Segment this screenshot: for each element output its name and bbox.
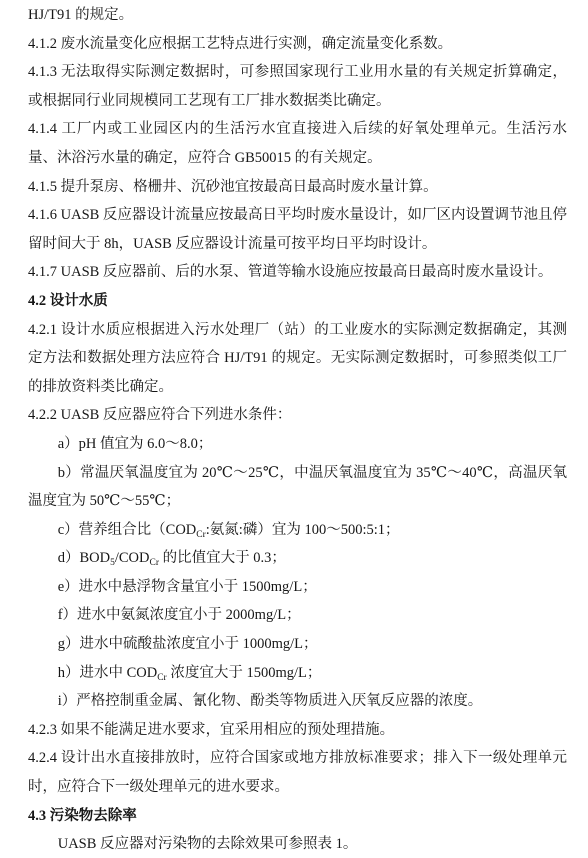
text-run: c）营养组合比（COD bbox=[58, 522, 197, 538]
text-run: i）严格控制重金属、氰化物、酚类等物质进入厌氧反应器的浓度。 bbox=[58, 693, 483, 709]
text-run: 4.1.6 UASB 反应器设计流量应按最高日平均时废水量设计，如厂区内设置调节… bbox=[28, 207, 567, 252]
subscript-text-run: Cr bbox=[157, 673, 167, 683]
clause-4-1-4: 4.1.4 工厂内或工业园区内的生活污水宜直接进入后续的好氧处理单元。生活污水量… bbox=[28, 115, 567, 172]
text-run: UASB 反应器对污染物的去除效果可参照表 1。 bbox=[58, 836, 358, 852]
paragraph-hjt91-continuation: HJ/T91 的规定。 bbox=[28, 1, 567, 30]
clause-4-2-3: 4.2.3 如果不能满足进水要求，宜采用相应的预处理措施。 bbox=[28, 716, 567, 745]
text-run: 4.1.3 无法取得实际测定数据时，可参照国家现行工业用水量的有关规定折算确定，… bbox=[28, 64, 567, 109]
text-run: 4.2 设计水质 bbox=[28, 293, 108, 309]
list-item-c: c）营养组合比（CODCr:氨氮:磷）宜为 100～500:5:1； bbox=[28, 516, 567, 545]
text-run: 4.3 污染物去除率 bbox=[28, 808, 137, 824]
subscript-text-run: Cr bbox=[196, 530, 206, 540]
text-run: b）常温厌氧温度宜为 20℃～25℃，中温厌氧温度宜为 35℃～40℃，高温厌氧… bbox=[28, 465, 567, 510]
document-page: HJ/T91 的规定。4.1.2 废水流量变化应根据工艺特点进行实测，确定流量变… bbox=[0, 0, 588, 858]
list-item-a: a）pH 值宜为 6.0～8.0； bbox=[28, 430, 567, 459]
heading-4-3: 4.3 污染物去除率 bbox=[28, 802, 567, 831]
text-run: 4.1.4 工厂内或工业园区内的生活污水宜直接进入后续的好氧处理单元。生活污水量… bbox=[28, 121, 567, 166]
text-run: :氨氮:磷）宜为 100～500:5:1； bbox=[206, 522, 400, 538]
clause-4-1-6: 4.1.6 UASB 反应器设计流量应按最高日平均时废水量设计，如厂区内设置调节… bbox=[28, 201, 567, 258]
clause-4-1-2: 4.1.2 废水流量变化应根据工艺特点进行实测，确定流量变化系数。 bbox=[28, 30, 567, 59]
text-run: 4.2.2 UASB 反应器应符合下列进水条件： bbox=[28, 407, 291, 423]
list-item-e: e）进水中悬浮物含量宜小于 1500mg/L； bbox=[28, 573, 567, 602]
list-item-f: f）进水中氨氮浓度宜小于 2000mg/L； bbox=[28, 601, 567, 630]
text-run: 浓度宜大于 1500mg/L； bbox=[167, 665, 322, 681]
list-item-b: b）常温厌氧温度宜为 20℃～25℃，中温厌氧温度宜为 35℃～40℃，高温厌氧… bbox=[28, 459, 567, 516]
text-run: g）进水中硫酸盐浓度宜小于 1000mg/L； bbox=[58, 636, 318, 652]
text-run: 的比值宜大于 0.3； bbox=[159, 550, 286, 566]
text-run: 4.2.4 设计出水直接排放时，应符合国家或地方排放标准要求；排入下一级处理单元… bbox=[28, 750, 567, 795]
text-run: d）BOD bbox=[58, 550, 110, 566]
clause-4-2-1: 4.2.1 设计水质应根据进入污水处理厂（站）的工业废水的实际测定数据确定，其测… bbox=[28, 316, 567, 402]
clause-4-2-2: 4.2.2 UASB 反应器应符合下列进水条件： bbox=[28, 401, 567, 430]
text-run: a）pH 值宜为 6.0～8.0； bbox=[58, 436, 213, 452]
list-item-g: g）进水中硫酸盐浓度宜小于 1000mg/L； bbox=[28, 630, 567, 659]
paragraph-table-1-reference: UASB 反应器对污染物的去除效果可参照表 1。 bbox=[28, 830, 567, 858]
text-run: 4.2.3 如果不能满足进水要求，宜采用相应的预处理措施。 bbox=[28, 722, 394, 738]
text-run: 4.1.5 提升泵房、格栅井、沉砂池宜按最高日最高时废水量计算。 bbox=[28, 179, 438, 195]
text-run: HJ/T91 的规定。 bbox=[28, 7, 133, 23]
text-run: 4.1.2 废水流量变化应根据工艺特点进行实测，确定流量变化系数。 bbox=[28, 36, 452, 52]
text-run: f）进水中氨氮浓度宜小于 2000mg/L； bbox=[58, 607, 301, 623]
clause-4-1-3: 4.1.3 无法取得实际测定数据时，可参照国家现行工业用水量的有关规定折算确定，… bbox=[28, 58, 567, 115]
text-run: e）进水中悬浮物含量宜小于 1500mg/L； bbox=[58, 579, 317, 595]
text-run: 4.1.7 UASB 反应器前、后的水泵、管道等输水设施应按最高日最高时废水量设… bbox=[28, 264, 552, 280]
document-body: HJ/T91 的规定。4.1.2 废水流量变化应根据工艺特点进行实测，确定流量变… bbox=[28, 1, 567, 858]
list-item-i: i）严格控制重金属、氰化物、酚类等物质进入厌氧反应器的浓度。 bbox=[28, 687, 567, 716]
subscript-text-run: Cr bbox=[150, 558, 160, 568]
list-item-h: h）进水中 CODCr 浓度宜大于 1500mg/L； bbox=[28, 659, 567, 688]
clause-4-1-5: 4.1.5 提升泵房、格栅井、沉砂池宜按最高日最高时废水量计算。 bbox=[28, 173, 567, 202]
clause-4-1-7: 4.1.7 UASB 反应器前、后的水泵、管道等输水设施应按最高日最高时废水量设… bbox=[28, 258, 567, 287]
heading-4-2: 4.2 设计水质 bbox=[28, 287, 567, 316]
text-run: /COD bbox=[115, 550, 150, 566]
clause-4-2-4: 4.2.4 设计出水直接排放时，应符合国家或地方排放标准要求；排入下一级处理单元… bbox=[28, 744, 567, 801]
text-run: 4.2.1 设计水质应根据进入污水处理厂（站）的工业废水的实际测定数据确定，其测… bbox=[28, 322, 567, 395]
text-run: h）进水中 COD bbox=[58, 665, 158, 681]
list-item-d: d）BOD5/CODCr 的比值宜大于 0.3； bbox=[28, 544, 567, 573]
